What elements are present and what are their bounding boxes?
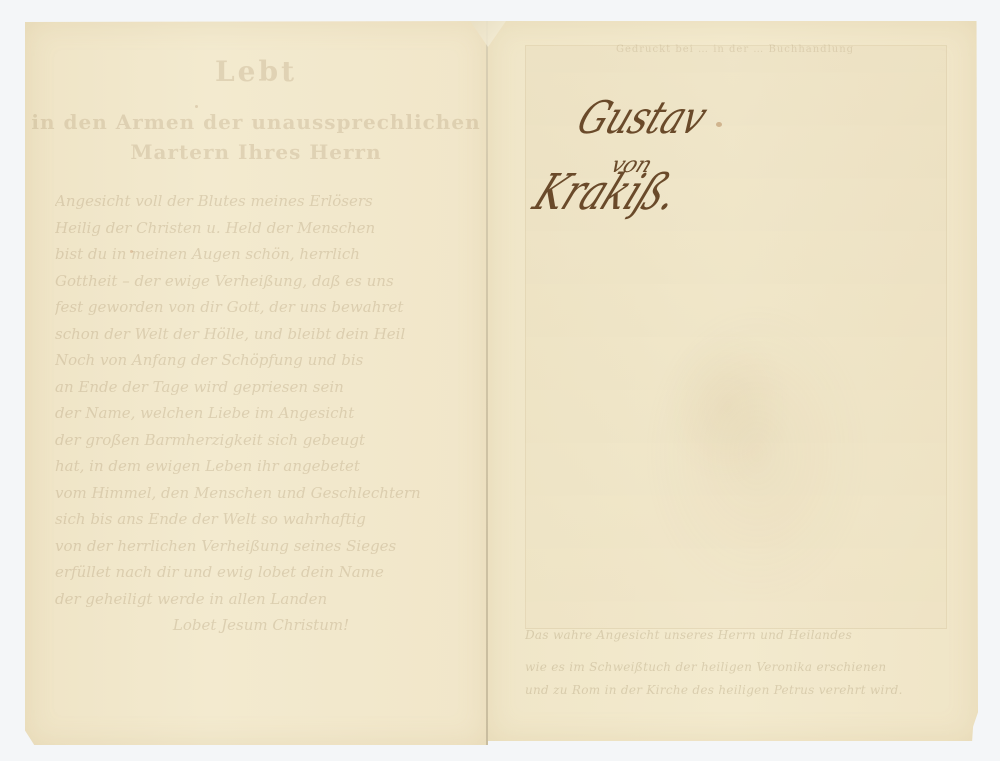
bleed-line: von der herrlichen Verheißung seines Sie… [55,533,467,560]
handwriting-surname: Krakiß. [525,163,689,220]
caption-line-1: Das wahre Angesicht unseres Herrn und He… [525,628,965,642]
plate-header-text: Gedruckt bei … in der … Buchhandlung [540,44,930,55]
bleed-line: erfüllet nach dir und ewig lobet dein Na… [55,559,467,586]
bleed-line: Noch von Anfang der Schöpfung und bis [55,347,467,374]
bleed-line: der Name, welchen Liebe im Angesicht [55,400,467,427]
bleed-subtitle-line-2: Martern Ihres Herrn [25,140,487,164]
bleed-line: vom Himmel, den Menschen und Geschlechte… [55,480,467,507]
bleed-subtitle-line-1: in den Armen der unaussprechlichen [25,110,487,134]
bleed-line: sich bis ans Ende der Welt so wahrhaftig [55,506,467,533]
bleed-line: Angesicht voll der Blutes meines Erlöser… [55,188,467,215]
bleed-line: fest geworden von dir Gott, der uns bewa… [55,294,467,321]
caption-line-3: und zu Rom in der Kirche des heiligen Pe… [525,683,965,697]
bleed-title: Lebt [25,55,487,88]
bleed-line: hat, in dem ewigen Leben ihr angebetet [55,453,467,480]
bleed-line-closing: Lobet Jesum Christum! [55,612,467,639]
foxing-spot [195,105,198,108]
foxing-spot [130,250,133,253]
bleed-body-text: Angesicht voll der Blutes meines Erlöser… [55,188,467,639]
handwriting-first-name: Gustav [570,93,714,144]
caption-line-2: wie es im Schweißtuch der heiligen Veron… [525,660,965,674]
bleed-line: bist du in meinen Augen schön, herrlich [55,241,467,268]
bleed-line: Heilig der Christen u. Held der Menschen [55,215,467,242]
ink-spot [716,122,722,127]
bleed-line: Gottheit – der ewige Verheißung, daß es … [55,268,467,295]
bleed-line: der geheiligt werde in allen Landen [55,586,467,613]
bleed-line: der großen Barmherzigkeit sich gebeugt [55,427,467,454]
bleed-line: an Ende der Tage wird gepriesen sein [55,374,467,401]
bleed-line: schon der Welt der Hölle, und bleibt dei… [55,321,467,348]
